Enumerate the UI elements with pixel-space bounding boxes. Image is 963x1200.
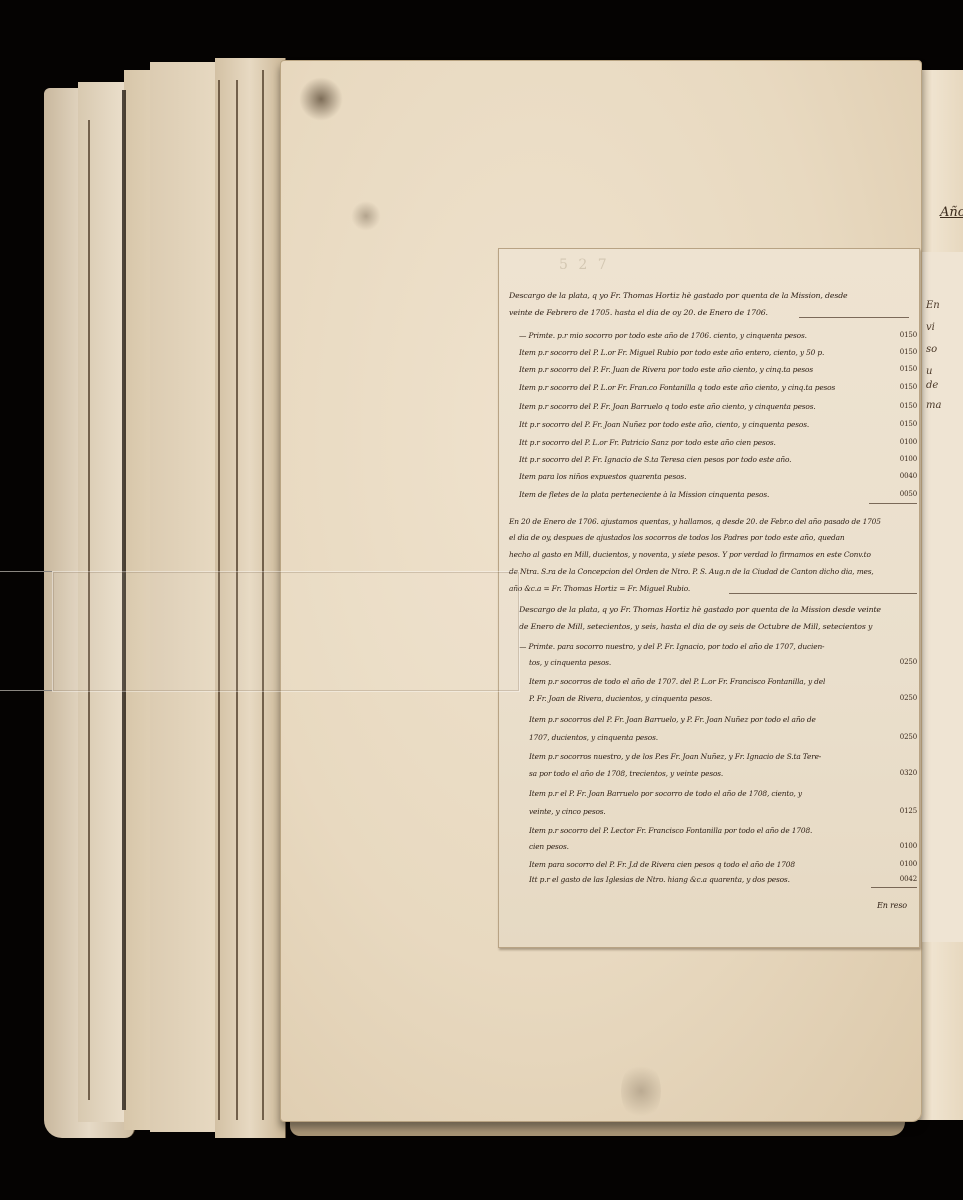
ledger-entry-line: Item p.r el P. Fr. Joan Barruelo por soc… xyxy=(529,789,919,798)
ledger-entry: Item p.r socorro del P. Fr. Juan de Rive… xyxy=(519,365,919,374)
facing-page-text: de xyxy=(926,380,938,391)
settlement-memo-line: el dia de oy, despues de ajustados los s… xyxy=(509,533,919,542)
strip-edge xyxy=(0,571,52,572)
facing-page-text: u xyxy=(926,366,932,377)
ledger-entry: Item de fletes de la plata perteneciente… xyxy=(519,490,919,499)
section1-heading: veinte de Febrero de 1705. hasta el dia … xyxy=(509,308,919,317)
ledger-entry-line: Itt p.r el gasto de las Iglesias de Ntro… xyxy=(529,875,919,884)
ledger-entry-line: — Primte. para socorro nuestro, y del P.… xyxy=(519,642,919,651)
facing-page-text: so xyxy=(926,344,937,355)
ink-stain xyxy=(351,201,381,231)
ledger-entry-line: sa por todo el año de 1708, trecientos, … xyxy=(529,769,919,778)
facing-page-heading: Año 1 xyxy=(940,205,963,220)
ledger-entry: Itt p.r socorro del P. L.or Fr. Patricio… xyxy=(519,438,919,447)
ledger-entry-line: 1707, ducientos, y cinquenta pesos.0250 xyxy=(529,733,919,742)
ledger-entry: Itt p.r socorro del P. Fr. Joan Nuñez po… xyxy=(519,420,919,429)
ledger-entry: Itt p.r socorro del P. Fr. Ignacio de S.… xyxy=(519,455,919,464)
ledger-entry-line: tos, y cinquenta pesos.0250 xyxy=(529,658,919,667)
plastic-clip-strip xyxy=(52,571,520,692)
ledger-entry-line: Item p.r socorros nuestro, y de los P.es… xyxy=(529,752,919,761)
bleed-through-marks: 5 2 7 xyxy=(559,257,610,273)
ledger-entry: — Primte. p.r mio socorro por todo este … xyxy=(519,331,919,340)
ledger-entry-line: Item para socorro del P. Fr. J.d de Rive… xyxy=(529,860,919,869)
ledger-entry-line: Item p.r socorro del P. Lector Fr. Franc… xyxy=(529,826,919,835)
settlement-memo-line: hecho al gasto en Mill, ducientos, y nov… xyxy=(509,550,919,559)
ledger-entry: Item p.r socorro del P. Fr. Joan Barruel… xyxy=(519,402,919,411)
settlement-memo-line: de Ntra. S.ra de la Concepcion del Orden… xyxy=(509,567,919,576)
facing-page-text: En xyxy=(926,300,940,311)
ink-stain xyxy=(299,77,343,121)
facing-page-sheet xyxy=(918,252,963,942)
ledger-entry-line: Item p.r socorros del P. Fr. Joan Barrue… xyxy=(529,715,919,724)
ledger-entry-line: Item p.r socorros de todo el año de 1707… xyxy=(529,677,919,686)
section2-heading: de Enero de Mill, setecientos, y seis, h… xyxy=(519,622,919,631)
section2-heading: Descargo de la plata, q yo Fr. Thomas Ho… xyxy=(519,605,919,614)
facing-page-text: vi xyxy=(926,322,935,333)
ledger-entry-line: veinte, y cinco pesos.0125 xyxy=(529,807,919,816)
ledger-entry: Item para los niños expuestos quarenta p… xyxy=(519,472,919,481)
ledger-entry: Item p.r socorro del P. L.or Fr. Fran.co… xyxy=(519,383,919,392)
signatures: año &c.a = Fr. Thomas Hortiz = Fr. Migue… xyxy=(509,584,919,593)
manuscript-sheet: 5 2 7 Descargo de la plata, q yo Fr. Tho… xyxy=(498,248,920,948)
section1-heading: Descargo de la plata, q yo Fr. Thomas Ho… xyxy=(509,291,919,300)
section2-total-label: En reso xyxy=(877,901,919,910)
facing-page-text: ma xyxy=(926,400,941,411)
ledger-entry: Item p.r socorro del P. L.or Fr. Miguel … xyxy=(519,348,919,357)
ledger-entry-line: cien pesos.0100 xyxy=(529,842,919,851)
ink-stain xyxy=(621,1061,661,1121)
settlement-memo-line: En 20 de Enero de 1706. ajustamos quenta… xyxy=(509,517,919,526)
strip-edge xyxy=(0,690,52,691)
ledger-entry-line: P. Fr. Joan de Rivera, ducientos, y cinq… xyxy=(529,694,919,703)
